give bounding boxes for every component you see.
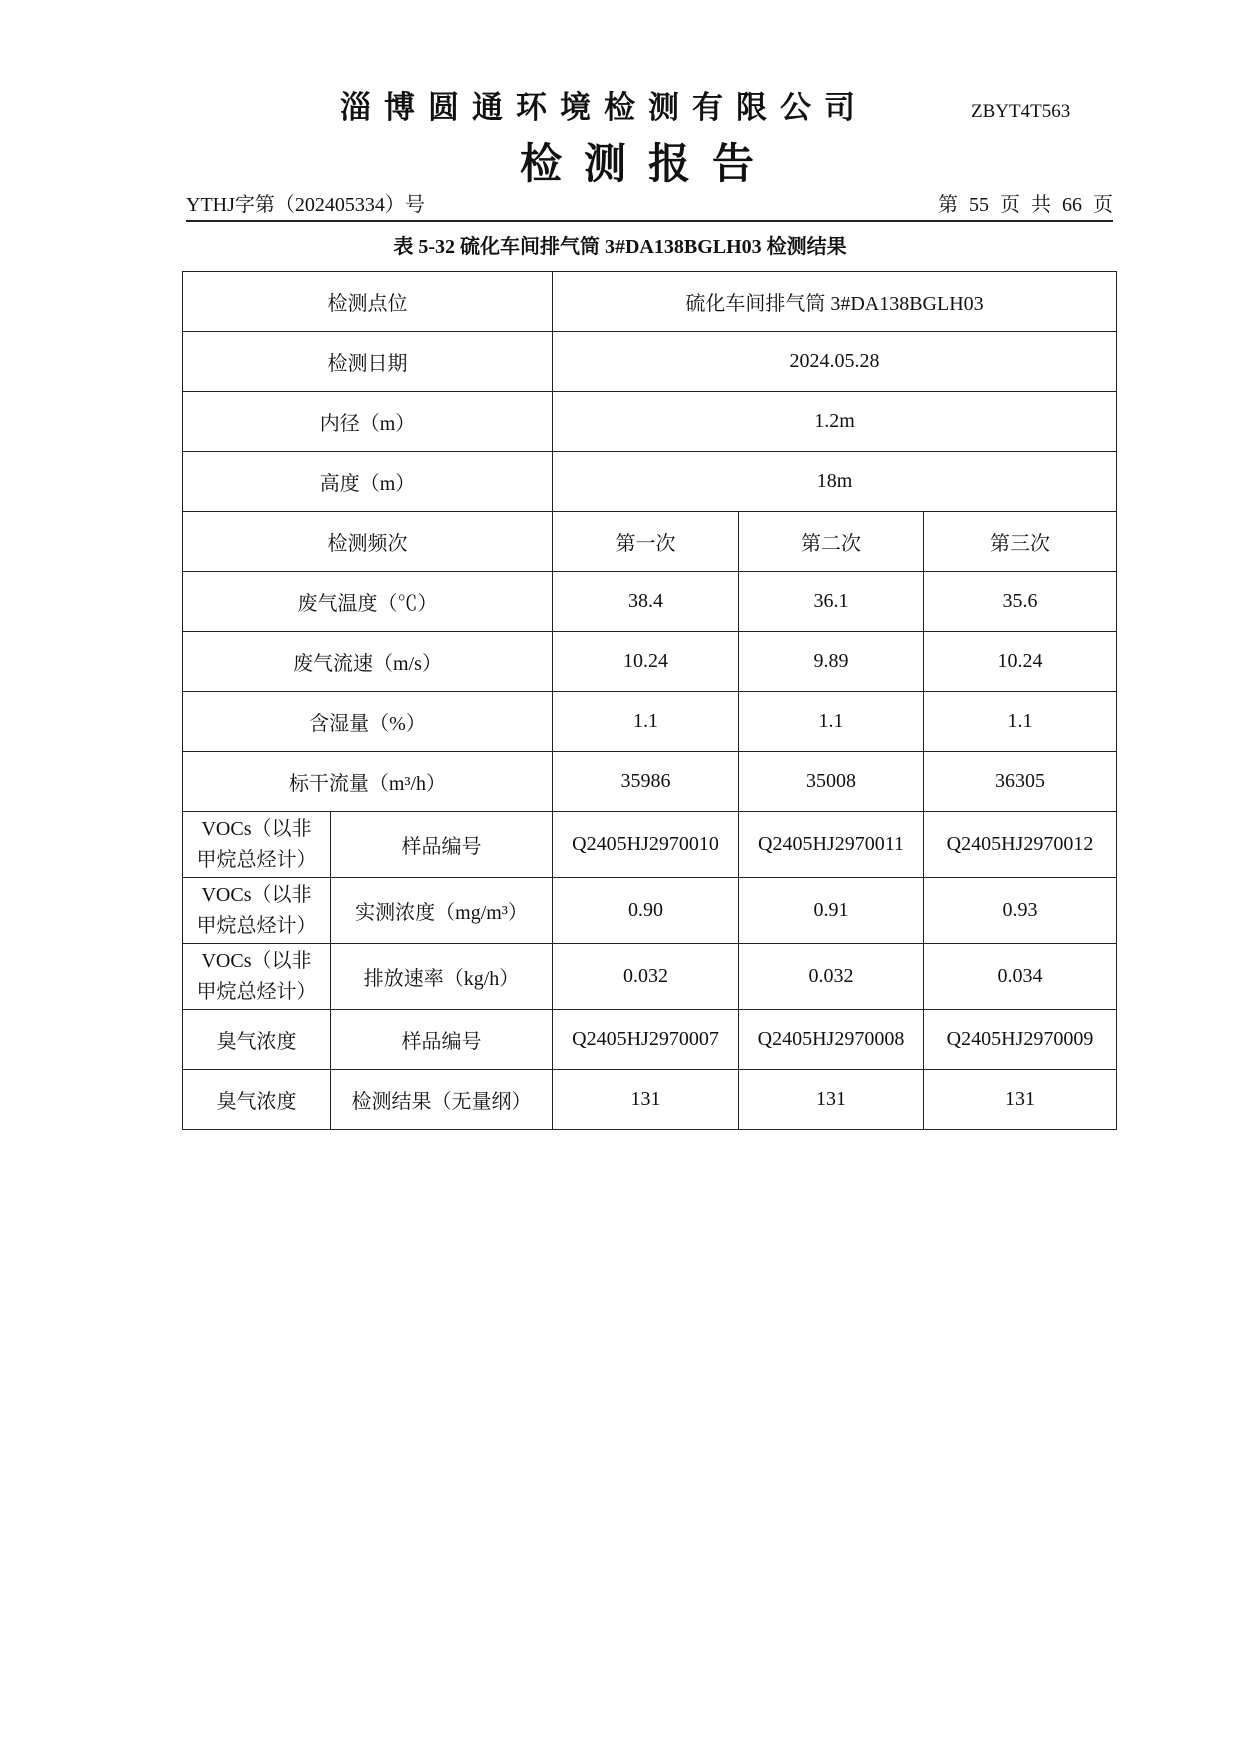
table-row: 内径（m） 1.2m [183,392,1117,452]
item-label: 实测浓度（mg/m³） [331,878,553,944]
info-label: 内径（m） [183,392,553,452]
param-label: 含湿量（%） [183,692,553,752]
value-cell: 9.89 [739,632,924,692]
results-table: 检测点位 硫化车间排气筒 3#DA138BGLH03 检测日期 2024.05.… [182,271,1117,1130]
info-value: 1.2m [553,392,1117,452]
pollutant-name-line2: 甲烷总烃计） [183,977,330,1008]
column-header: 第二次 [739,512,924,572]
pollutant-cell: 臭气浓度 [183,1010,331,1070]
pollutant-cell: VOCs（以非 甲烷总烃计） [183,944,331,1010]
column-header: 第三次 [924,512,1117,572]
info-value: 18m [553,452,1117,512]
item-label: 排放速率（kg/h） [331,944,553,1010]
header-rule [186,220,1113,222]
value-cell: 35.6 [924,572,1117,632]
value-cell: 10.24 [553,632,739,692]
value-cell: 0.91 [739,878,924,944]
value-cell: 36305 [924,752,1117,812]
value-cell: 35986 [553,752,739,812]
param-label: 标干流量（m³/h） [183,752,553,812]
item-label: 样品编号 [331,812,553,878]
value-cell: Q2405HJ2970012 [924,812,1117,878]
value-cell: 1.1 [553,692,739,752]
value-cell: 0.032 [553,944,739,1010]
pollutant-name-line2: 甲烷总烃计） [183,911,330,942]
table-row: 臭气浓度 样品编号 Q2405HJ2970007 Q2405HJ2970008 … [183,1010,1117,1070]
frequency-label: 检测频次 [183,512,553,572]
table-row: VOCs（以非 甲烷总烃计） 实测浓度（mg/m³） 0.90 0.91 0.9… [183,878,1117,944]
value-cell: 10.24 [924,632,1117,692]
table-row: 检测点位 硫化车间排气筒 3#DA138BGLH03 [183,272,1117,332]
pollutant-cell: VOCs（以非 甲烷总烃计） [183,812,331,878]
table-row: 高度（m） 18m [183,452,1117,512]
info-label: 高度（m） [183,452,553,512]
document-code: ZBYT4T563 [971,100,1070,124]
value-cell: Q2405HJ2970011 [739,812,924,878]
page-info: 第 55 页 共 66 页 [938,192,1113,218]
value-cell: Q2405HJ2970007 [553,1010,739,1070]
value-cell: 38.4 [553,572,739,632]
frequency-header-row: 检测频次 第一次 第二次 第三次 [183,512,1117,572]
column-header: 第一次 [553,512,739,572]
value-cell: 131 [739,1070,924,1130]
pollutant-name-line1: VOCs（以非 [183,880,330,911]
pollutant-name-line1: VOCs（以非 [183,946,330,977]
value-cell: 36.1 [739,572,924,632]
table-row: 检测日期 2024.05.28 [183,332,1117,392]
report-reference-number: YTHJ字第（202405334）号 [186,192,425,218]
info-value: 2024.05.28 [553,332,1117,392]
value-cell: 35008 [739,752,924,812]
info-label: 检测日期 [183,332,553,392]
item-label: 样品编号 [331,1010,553,1070]
value-cell: 0.032 [739,944,924,1010]
value-cell: Q2405HJ2970009 [924,1010,1117,1070]
table-row: 废气流速（m/s） 10.24 9.89 10.24 [183,632,1117,692]
value-cell: 131 [553,1070,739,1130]
pollutant-cell: 臭气浓度 [183,1070,331,1130]
value-cell: 0.034 [924,944,1117,1010]
pollutant-cell: VOCs（以非 甲烷总烃计） [183,878,331,944]
value-cell: 1.1 [739,692,924,752]
table-caption: 表 5-32 硫化车间排气筒 3#DA138BGLH03 检测结果 [0,234,1240,260]
value-cell: 131 [924,1070,1117,1130]
info-label: 检测点位 [183,272,553,332]
table-row: 标干流量（m³/h） 35986 35008 36305 [183,752,1117,812]
table-row: VOCs（以非 甲烷总烃计） 样品编号 Q2405HJ2970010 Q2405… [183,812,1117,878]
param-label: 废气流速（m/s） [183,632,553,692]
report-title: 检测报告 [520,136,776,192]
item-label: 检测结果（无量纲） [331,1070,553,1130]
pollutant-name-line1: VOCs（以非 [183,814,330,845]
value-cell: Q2405HJ2970008 [739,1010,924,1070]
param-label: 废气温度（℃） [183,572,553,632]
value-cell: Q2405HJ2970010 [553,812,739,878]
pollutant-name-line2: 甲烷总烃计） [183,845,330,876]
value-cell: 1.1 [924,692,1117,752]
table-row: 废气温度（℃） 38.4 36.1 35.6 [183,572,1117,632]
info-value: 硫化车间排气筒 3#DA138BGLH03 [553,272,1117,332]
value-cell: 0.93 [924,878,1117,944]
company-name: 淄博圆通环境检测有限公司 [340,88,868,128]
table-row: 臭气浓度 检测结果（无量纲） 131 131 131 [183,1070,1117,1130]
table-row: 含湿量（%） 1.1 1.1 1.1 [183,692,1117,752]
table-row: VOCs（以非 甲烷总烃计） 排放速率（kg/h） 0.032 0.032 0.… [183,944,1117,1010]
value-cell: 0.90 [553,878,739,944]
